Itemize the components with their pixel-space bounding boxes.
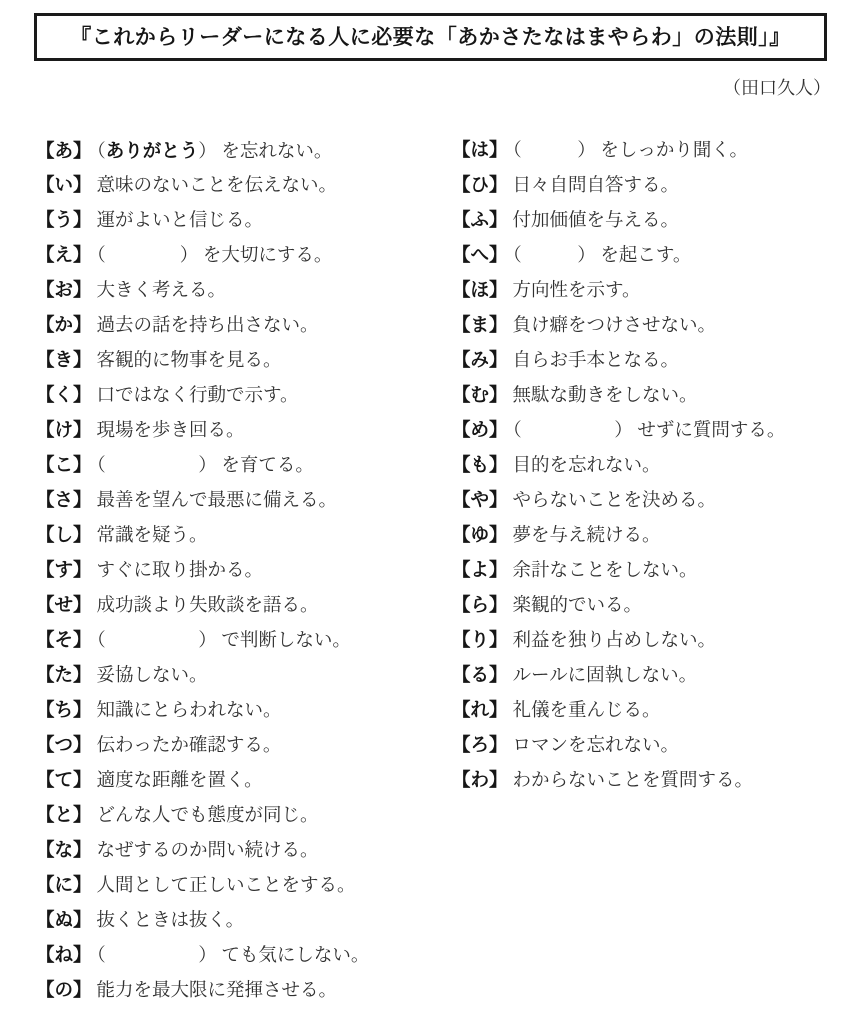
kana-label: 【こ】 — [36, 456, 92, 476]
column-right: 【は】（ ） をしっかり聞く。【ひ】日々自問自答する。【ふ】付加価値を与える。【… — [452, 134, 785, 799]
list-item: 【の】能力を最大限に発揮させる。 — [36, 974, 369, 1009]
kana-label: 【ふ】 — [452, 211, 508, 231]
kana-label: 【せ】 — [36, 596, 92, 616]
kana-label: 【さ】 — [36, 491, 92, 511]
kana-label: 【す】 — [36, 561, 92, 581]
list-item: 【す】すぐに取り掛かる。 — [36, 554, 369, 589]
item-text: 楽観的でいる。 — [513, 596, 643, 616]
item-text: 最善を望んで最悪に備える。 — [97, 491, 338, 511]
item-text: 負け癖をつけさせない。 — [513, 316, 717, 336]
list-item: 【ゆ】夢を与え続ける。 — [452, 519, 785, 554]
item-text: 大きく考える。 — [97, 281, 227, 301]
kana-label: 【ら】 — [452, 596, 508, 616]
list-item: 【わ】わからないことを質問する。 — [452, 764, 785, 799]
item-text: 運がよいと信じる。 — [97, 211, 264, 231]
kana-label: 【そ】 — [36, 631, 92, 651]
item-text: どんな人でも態度が同じ。 — [97, 806, 319, 826]
kana-label: 【ろ】 — [452, 736, 508, 756]
item-text: （ ） を大切にする。 — [97, 246, 333, 266]
list-item: 【え】（ ） を大切にする。 — [36, 239, 369, 274]
list-item: 【か】過去の話を持ち出さない。 — [36, 309, 369, 344]
kana-label: 【や】 — [452, 491, 508, 511]
kana-label: 【お】 — [36, 281, 92, 301]
kana-label: 【ひ】 — [452, 176, 508, 196]
kana-label: 【つ】 — [36, 736, 92, 756]
item-text: （ ） を育てる。 — [97, 456, 314, 476]
list-item: 【ほ】方向性を示す。 — [452, 274, 785, 309]
item-text: 客観的に物事を見る。 — [97, 351, 282, 371]
item-text: 適度な距離を置く。 — [97, 771, 263, 791]
item-text: 無駄な動きをしない。 — [513, 386, 698, 406]
kana-label: 【き】 — [36, 351, 92, 371]
kana-label: 【ま】 — [452, 316, 508, 336]
list-item: 【や】やらないことを決める。 — [452, 484, 785, 519]
kana-label: 【な】 — [36, 841, 92, 861]
kana-label: 【む】 — [452, 386, 508, 406]
list-item: 【て】適度な距離を置く。 — [36, 764, 369, 799]
list-item: 【な】なぜするのか問い続ける。 — [36, 834, 369, 869]
item-text: 人間として正しいことをする。 — [97, 876, 356, 896]
kana-label: 【わ】 — [452, 771, 508, 791]
list-item: 【ね】（ ） ても気にしない。 — [36, 939, 369, 974]
kana-label: 【り】 — [452, 631, 508, 651]
list-item: 【た】妥協しない。 — [36, 659, 369, 694]
kana-label: 【い】 — [36, 176, 92, 196]
item-text: すぐに取り掛かる。 — [97, 561, 264, 581]
list-item: 【ろ】ロマンを忘れない。 — [452, 729, 785, 764]
list-item: 【は】（ ） をしっかり聞く。 — [452, 134, 785, 169]
list-item: 【ぬ】抜くときは抜く。 — [36, 904, 369, 939]
kana-label: 【め】 — [452, 421, 508, 441]
item-text: なぜするのか問い続ける。 — [97, 841, 319, 861]
kana-label: 【も】 — [452, 456, 508, 476]
list-item: 【さ】最善を望んで最悪に備える。 — [36, 484, 369, 519]
kana-label: 【に】 — [36, 876, 92, 896]
item-text: わからないことを質問する。 — [513, 771, 754, 791]
kana-label: 【し】 — [36, 526, 92, 546]
list-item: 【あ】（ありがとう） を忘れない。 — [36, 134, 369, 169]
list-item: 【く】口ではなく行動で示す。 — [36, 379, 369, 414]
document-page: 『これからリーダーになる人に必要な「あかさたなはまやらわ」の法則」』 （田口久人… — [0, 0, 859, 1024]
kana-label: 【ち】 — [36, 701, 92, 721]
bold-answer: ありがとう — [106, 141, 199, 162]
item-text: 知識にとらわれない。 — [97, 701, 282, 721]
item-text: 能力を最大限に発揮させる。 — [97, 981, 338, 1001]
item-text: 付加価値を与える。 — [513, 211, 680, 231]
kana-label: 【か】 — [36, 316, 92, 336]
list-item: 【ふ】付加価値を与える。 — [452, 204, 785, 239]
item-text: 夢を与え続ける。 — [513, 526, 661, 546]
item-text: 伝わったか確認する。 — [97, 736, 282, 756]
item-text: 意味のないことを伝えない。 — [97, 176, 338, 196]
list-item: 【ま】負け癖をつけさせない。 — [452, 309, 785, 344]
kana-label: 【は】 — [452, 141, 508, 161]
kana-label: 【う】 — [36, 211, 92, 231]
item-text: 日々自問自答する。 — [513, 176, 680, 196]
kana-label: 【た】 — [36, 666, 92, 686]
list-item: 【る】ルールに固執しない。 — [452, 659, 785, 694]
list-item: 【き】客観的に物事を見る。 — [36, 344, 369, 379]
item-text: （ ） で判断しない。 — [97, 631, 351, 651]
kana-label: 【あ】 — [36, 142, 92, 162]
title-box: 『これからリーダーになる人に必要な「あかさたなはまやらわ」の法則」』 — [34, 13, 827, 61]
item-text: 妥協しない。 — [97, 666, 208, 686]
list-item: 【む】無駄な動きをしない。 — [452, 379, 785, 414]
kana-label: 【く】 — [36, 386, 92, 406]
kana-label: 【る】 — [452, 666, 508, 686]
item-text: 余計なことをしない。 — [513, 561, 698, 581]
item-text: （ ） せずに質問する。 — [513, 421, 786, 441]
kana-label: 【け】 — [36, 421, 92, 441]
item-text: 現場を歩き回る。 — [97, 421, 245, 441]
list-item: 【よ】余計なことをしない。 — [452, 554, 785, 589]
list-item: 【と】どんな人でも態度が同じ。 — [36, 799, 369, 834]
list-item: 【こ】（ ） を育てる。 — [36, 449, 369, 484]
list-item: 【み】自らお手本となる。 — [452, 344, 785, 379]
item-text: ロマンを忘れない。 — [513, 736, 680, 756]
item-text: 礼儀を重んじる。 — [513, 701, 661, 721]
list-item: 【お】大きく考える。 — [36, 274, 369, 309]
kana-label: 【の】 — [36, 981, 92, 1001]
list-item: 【ら】楽観的でいる。 — [452, 589, 785, 624]
kana-label: 【ゆ】 — [452, 526, 508, 546]
list-item: 【い】意味のないことを伝えない。 — [36, 169, 369, 204]
author-credit: （田口久人） — [723, 74, 831, 100]
item-text: やらないことを決める。 — [513, 491, 717, 511]
list-item: 【し】常識を疑う。 — [36, 519, 369, 554]
item-text: 抜くときは抜く。 — [97, 911, 245, 931]
item-text: （ ） を起こす。 — [513, 246, 692, 266]
list-item: 【に】人間として正しいことをする。 — [36, 869, 369, 904]
kana-label: 【ほ】 — [452, 281, 508, 301]
kana-label: 【れ】 — [452, 701, 508, 721]
list-item: 【ち】知識にとらわれない。 — [36, 694, 369, 729]
item-text: 口ではなく行動で示す。 — [97, 386, 299, 406]
list-item: 【そ】（ ） で判断しない。 — [36, 624, 369, 659]
list-item: 【り】利益を独り占めしない。 — [452, 624, 785, 659]
kana-label: 【ね】 — [36, 946, 92, 966]
kana-label: 【え】 — [36, 246, 92, 266]
page-title: 『これからリーダーになる人に必要な「あかさたなはまやらわ」の法則」』 — [70, 25, 791, 49]
item-text: （ ） ても気にしない。 — [97, 946, 370, 966]
list-item: 【ひ】日々自問自答する。 — [452, 169, 785, 204]
item-text: 方向性を示す。 — [513, 281, 641, 301]
list-item: 【け】現場を歩き回る。 — [36, 414, 369, 449]
item-text: 自らお手本となる。 — [513, 351, 680, 371]
kana-label: 【ぬ】 — [36, 911, 92, 931]
kana-label: 【み】 — [452, 351, 508, 371]
item-text: 常識を疑う。 — [97, 526, 208, 546]
kana-label: 【へ】 — [452, 246, 508, 266]
kana-label: 【よ】 — [452, 561, 508, 581]
item-text: （ ） をしっかり聞く。 — [513, 141, 749, 161]
list-item: 【も】目的を忘れない。 — [452, 449, 785, 484]
column-left: 【あ】（ありがとう） を忘れない。【い】意味のないことを伝えない。【う】運がよい… — [36, 134, 369, 1009]
item-text: 利益を独り占めしない。 — [513, 631, 717, 651]
list-item: 【め】（ ） せずに質問する。 — [452, 414, 785, 449]
item-text: ルールに固執しない。 — [513, 666, 698, 686]
item-text: 過去の話を持ち出さない。 — [97, 316, 319, 336]
item-text: （ありがとう） を忘れない。 — [97, 142, 333, 162]
list-item: 【れ】礼儀を重んじる。 — [452, 694, 785, 729]
item-text: 目的を忘れない。 — [513, 456, 661, 476]
kana-label: 【と】 — [36, 806, 92, 826]
list-item: 【せ】成功談より失敗談を語る。 — [36, 589, 369, 624]
list-item: 【へ】（ ） を起こす。 — [452, 239, 785, 274]
kana-label: 【て】 — [36, 771, 92, 791]
list-item: 【つ】伝わったか確認する。 — [36, 729, 369, 764]
item-text: 成功談より失敗談を語る。 — [97, 596, 319, 616]
list-item: 【う】運がよいと信じる。 — [36, 204, 369, 239]
